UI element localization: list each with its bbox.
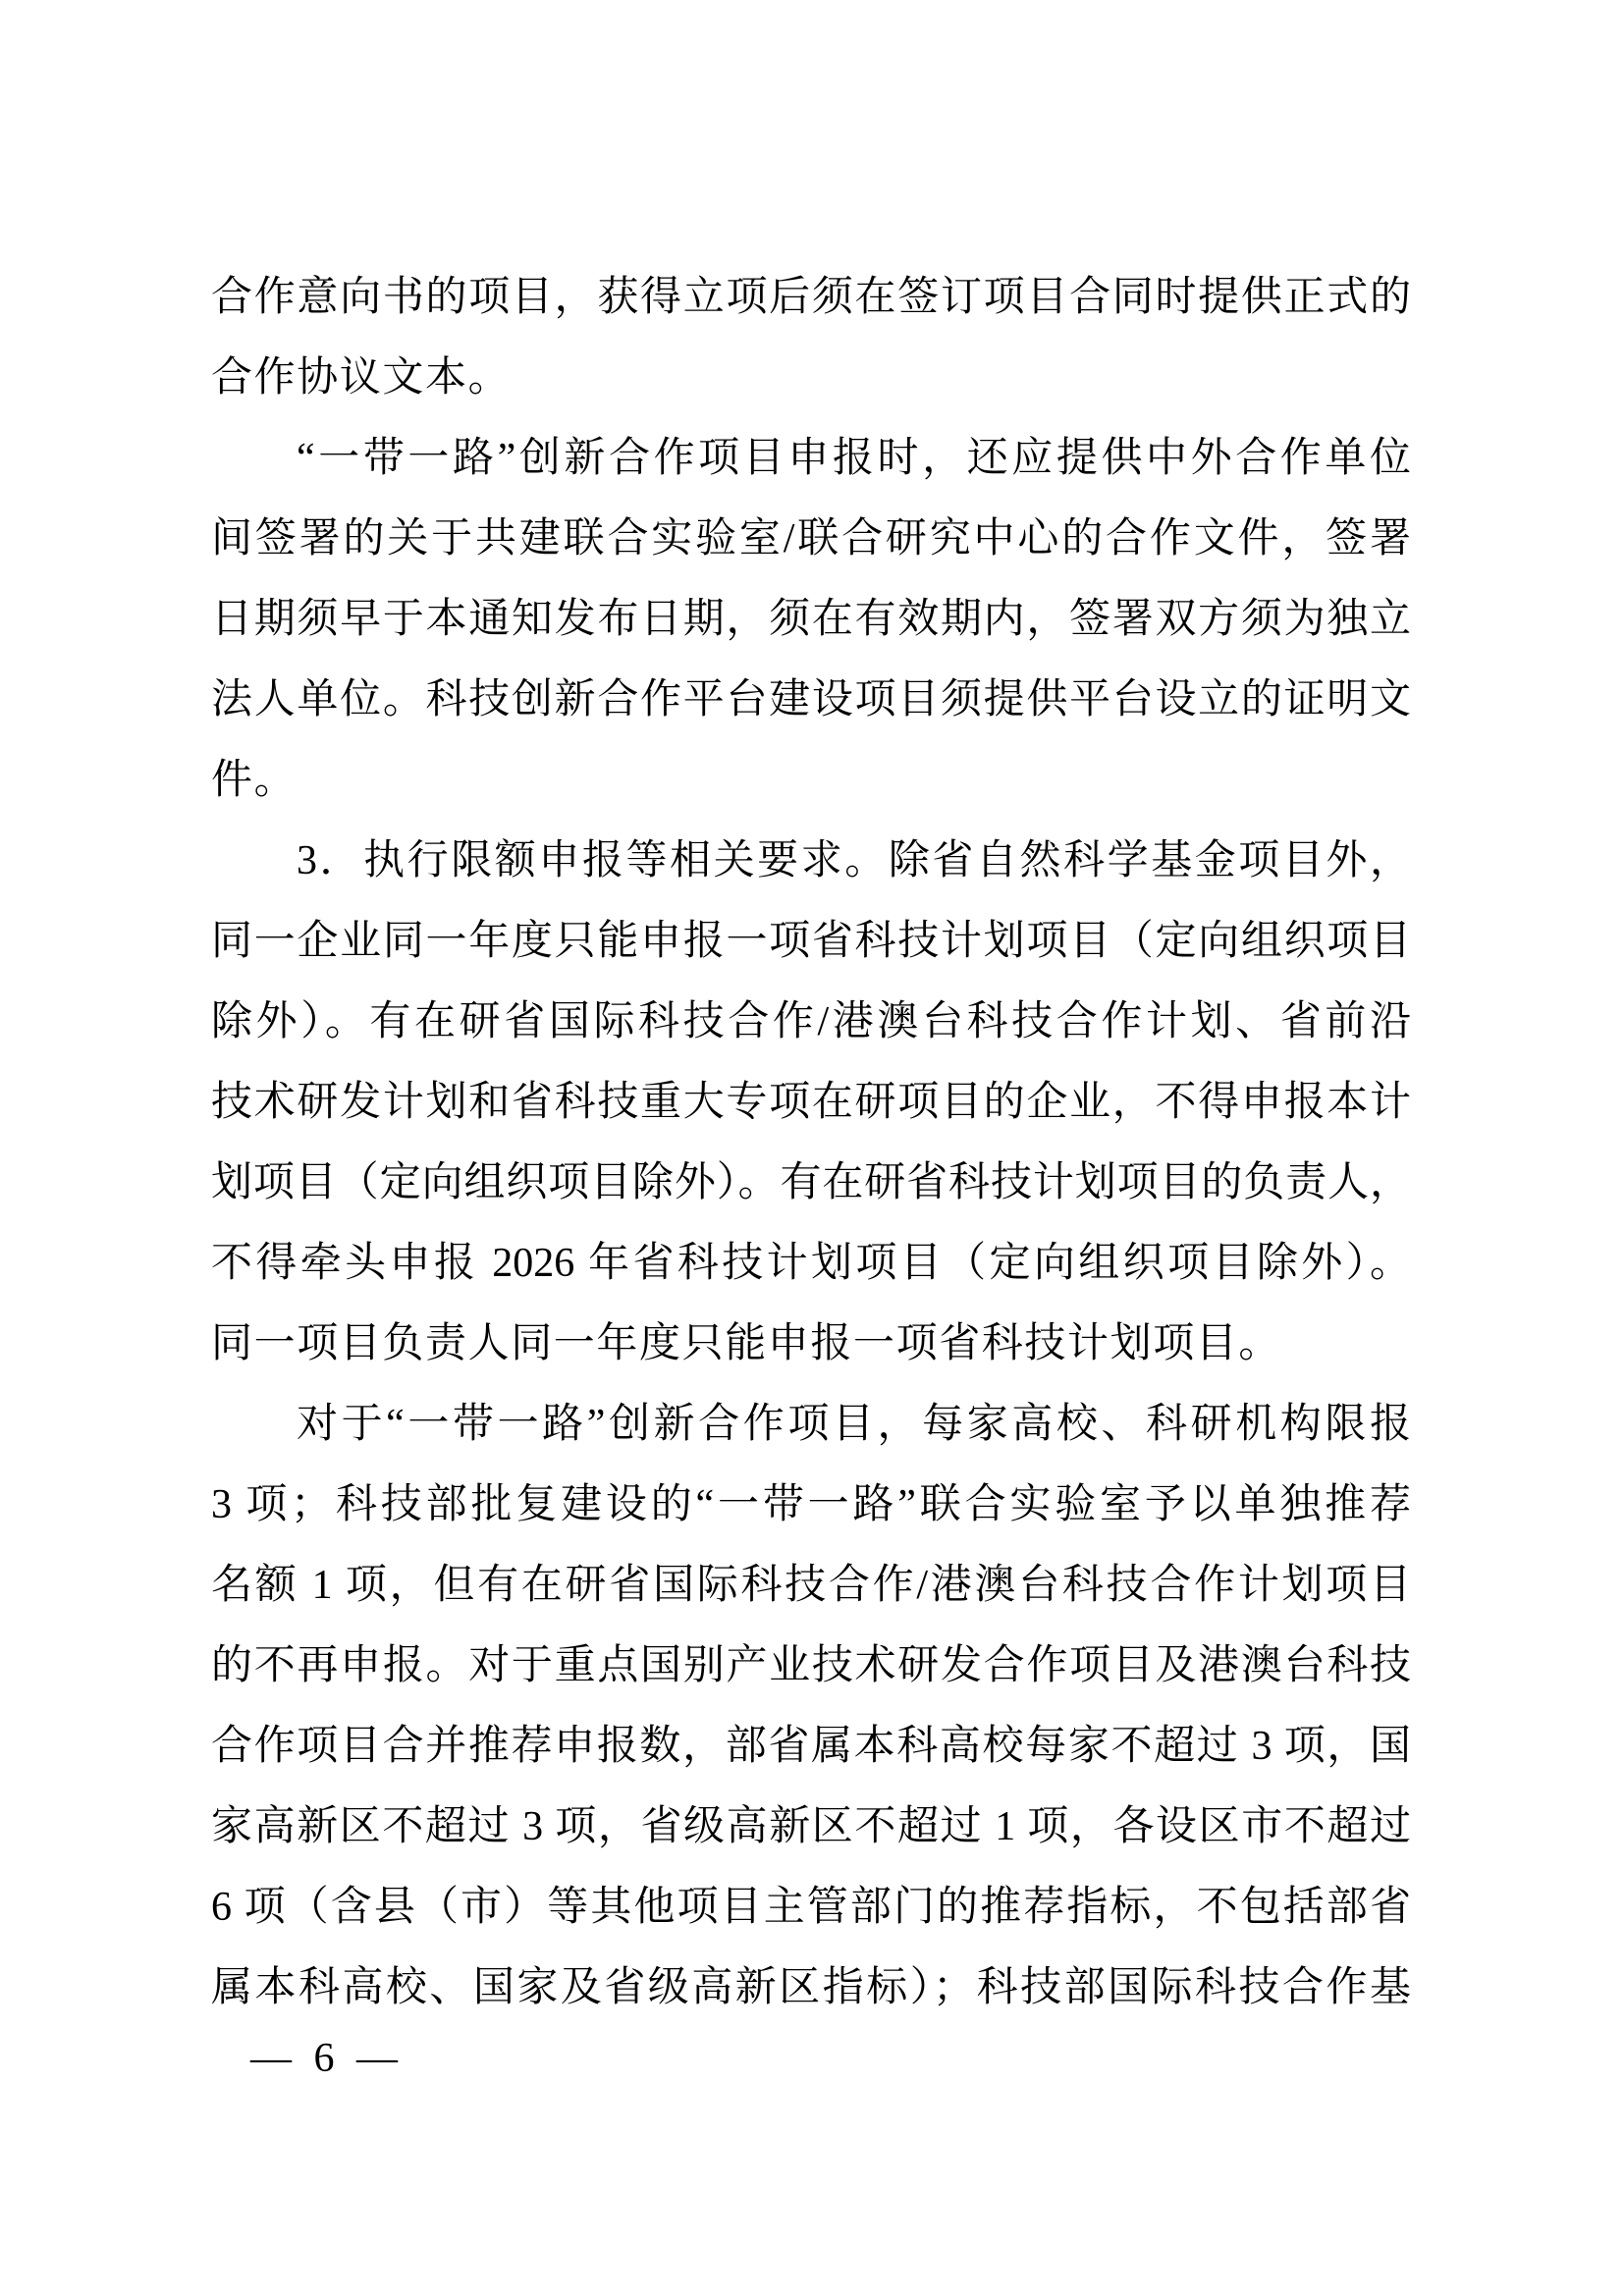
text-line: 合作意向书的项目，获得立项后须在签订项目合同时提供正式的 [211,257,1411,338]
text-line: 同一企业同一年度只能申报一项省科技计划项目（定向组织项目 [211,901,1411,982]
text-line: 家高新区不超过 3 项，省级高新区不超过 1 项，各设区市不超过 [211,1787,1411,1867]
text-line: 划项目（定向组织项目除外）。有在研省科技计划项目的负责人， [211,1143,1411,1223]
document-page: 合作意向书的项目，获得立项后须在签订项目合同时提供正式的 合作协议文本。 “一带… [0,0,1624,2296]
text-line: 法人单位。科技创新合作平台建设项目须提供平台设立的证明文 [211,660,1411,740]
text-line: “一带一路”创新合作项目申报时，还应提供中外合作单位 [211,418,1411,499]
text-line: 3 项；科技部批复建设的“一带一路”联合实验室予以单独推荐 [211,1465,1411,1545]
text-line: 间签署的关于共建联合实验室/联合研究中心的合作文件，签署 [211,499,1411,579]
text-line: 合作协议文本。 [211,338,1411,418]
text-line: 属本科高校、国家及省级高新区指标）；科技部国际科技合作基 [211,1948,1411,2028]
text-line: 对于“一带一路”创新合作项目，每家高校、科研机构限报 [211,1384,1411,1465]
text-line: 日期须早于本通知发布日期，须在有效期内，签署双方须为独立 [211,579,1411,660]
text-line: 名额 1 项，但有在研省国际科技合作/港澳台科技合作计划项目 [211,1545,1411,1626]
text-line: 除外）。有在研省国际科技合作/港澳台科技合作计划、省前沿 [211,982,1411,1062]
page-number: — 6 — [250,2029,404,2088]
text-line: 合作项目合并推荐申报数，部省属本科高校每家不超过 3 项，国 [211,1706,1411,1787]
text-line: 技术研发计划和省科技重大专项在研项目的企业，不得申报本计 [211,1062,1411,1143]
text-line: 不得牵头申报 2026 年省科技计划项目（定向组织项目除外）。 [211,1223,1411,1304]
text-line: 件。 [211,740,1411,821]
text-line: 的不再申报。对于重点国别产业技术研发合作项目及港澳台科技 [211,1626,1411,1706]
document-body: 合作意向书的项目，获得立项后须在签订项目合同时提供正式的 合作协议文本。 “一带… [211,257,1411,2028]
text-line: 6 项（含县（市）等其他项目主管部门的推荐指标，不包括部省 [211,1867,1411,1948]
text-line: 同一项目负责人同一年度只能申报一项省科技计划项目。 [211,1304,1411,1384]
text-line: 3．执行限额申报等相关要求。除省自然科学基金项目外， [211,821,1411,901]
